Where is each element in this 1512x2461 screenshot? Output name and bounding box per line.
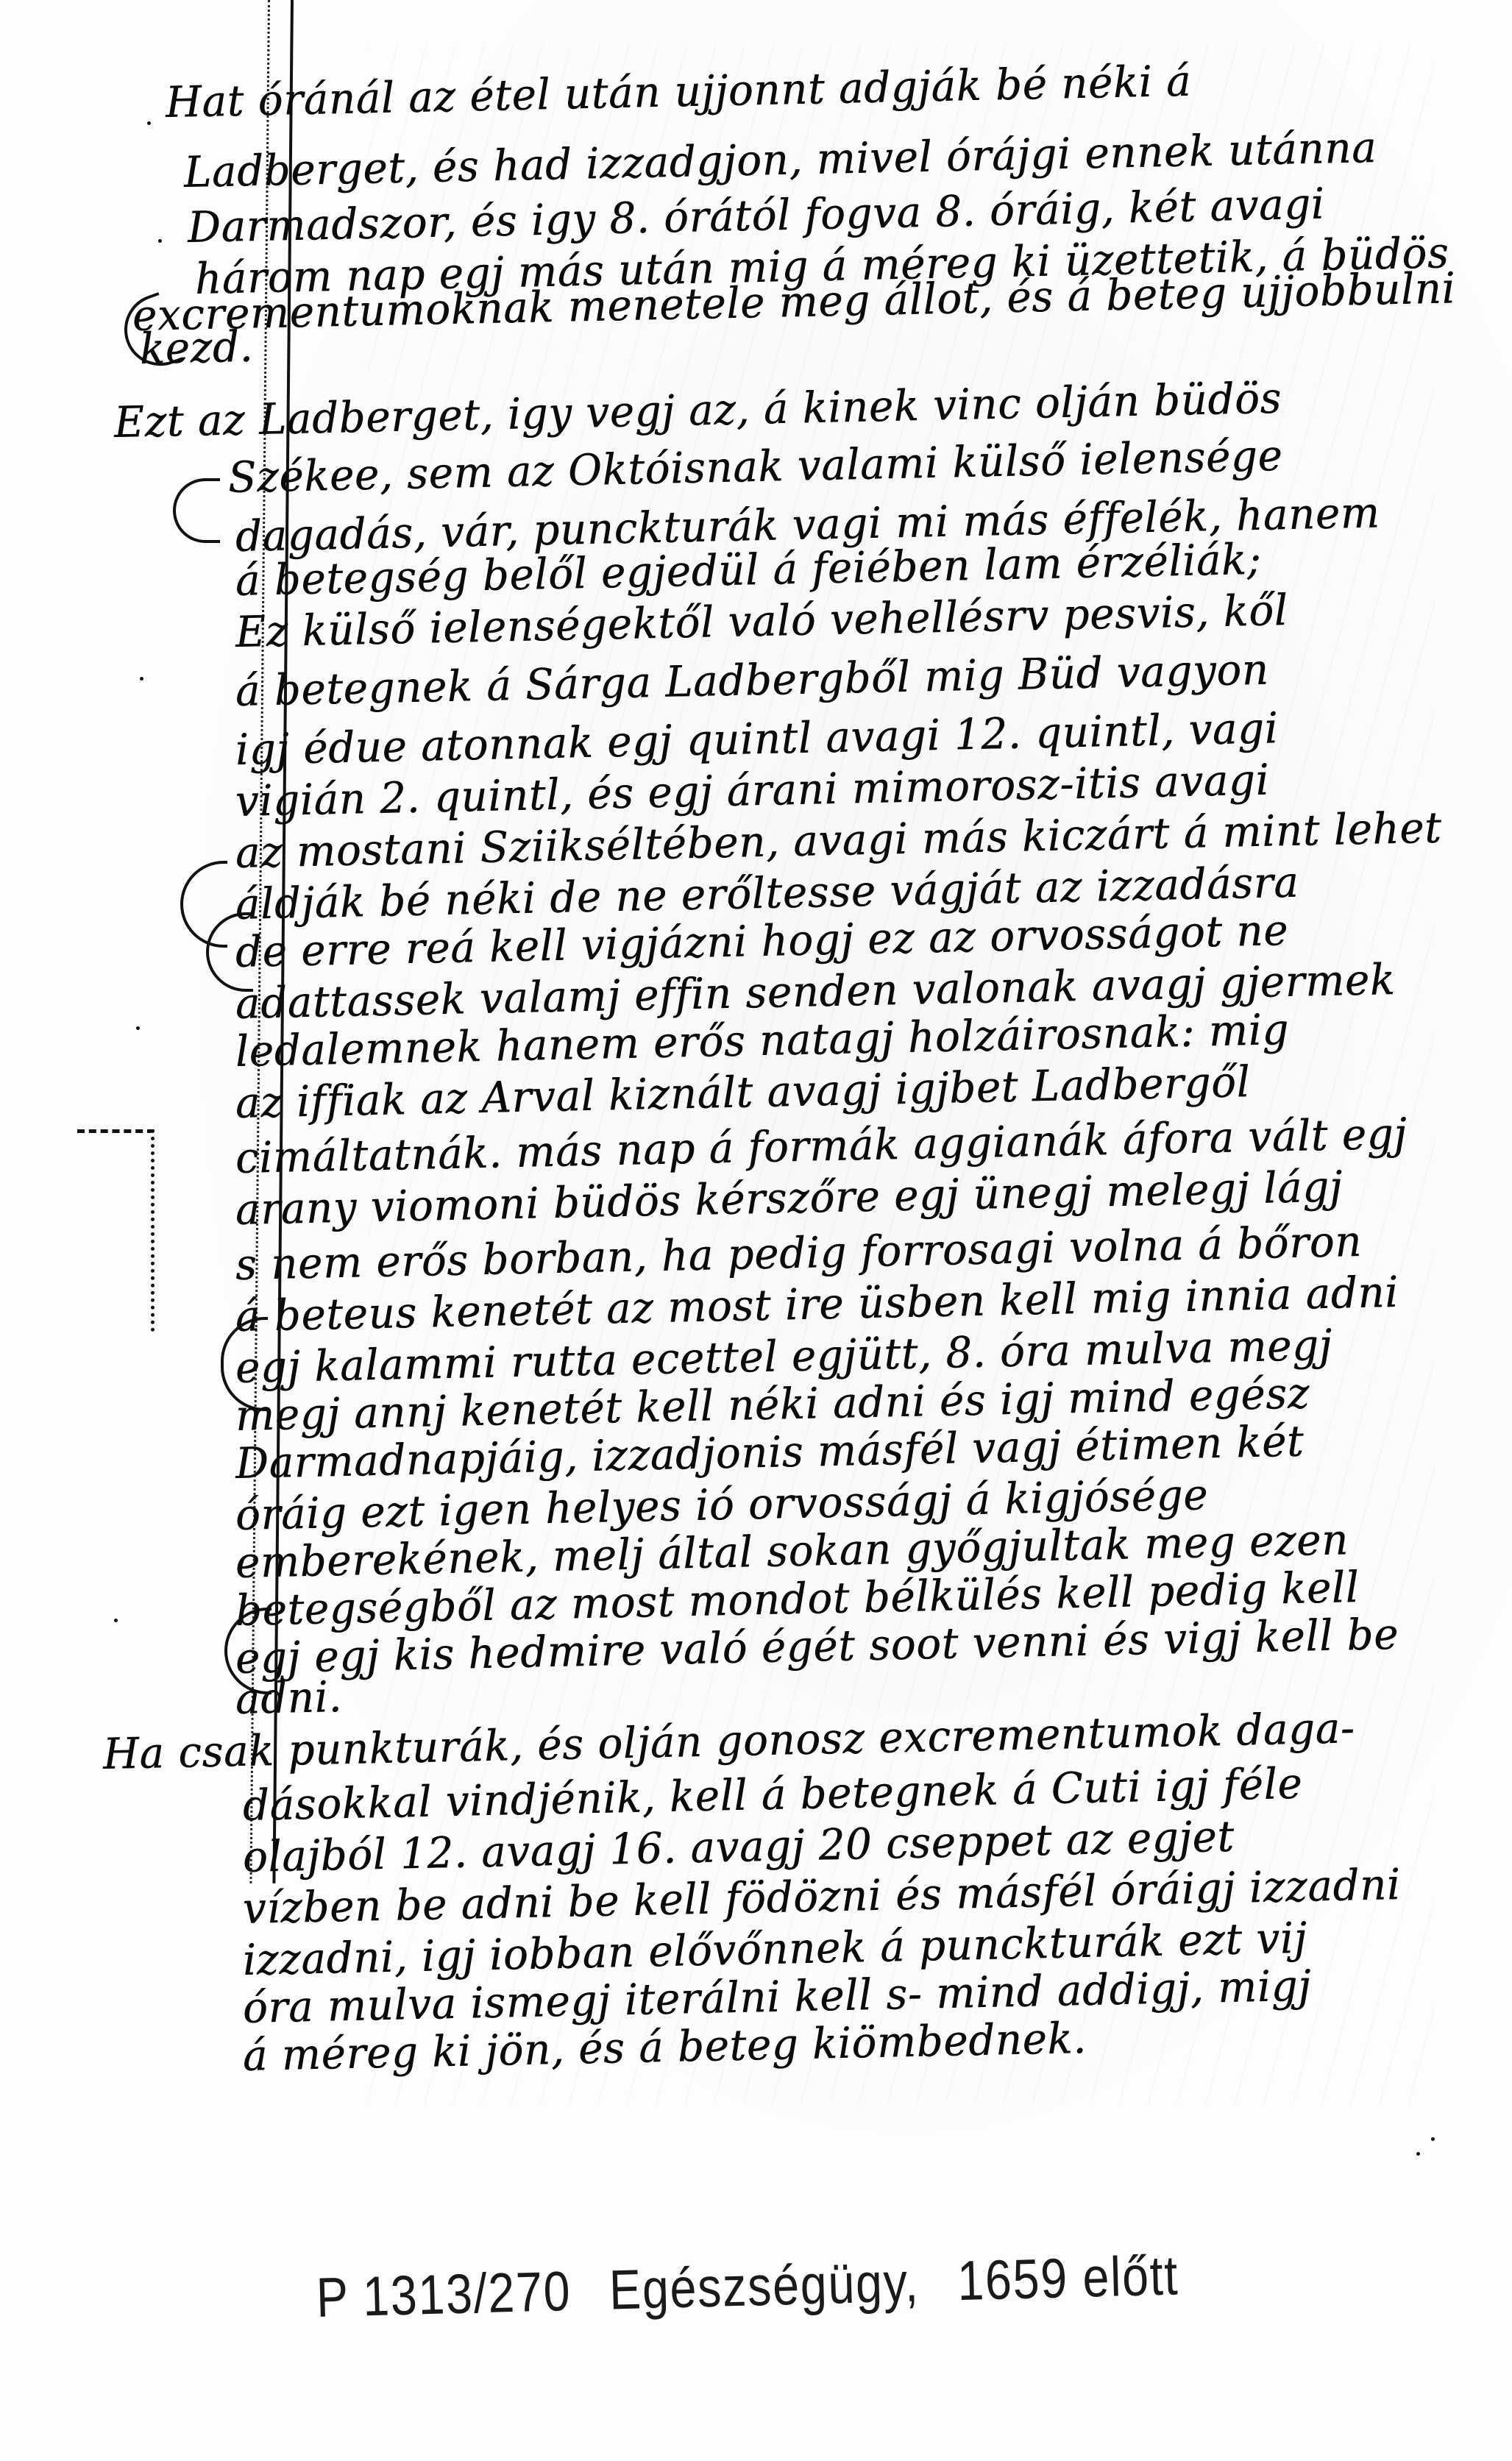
margin-bracket-mark <box>77 1129 155 1332</box>
shelfmark-code: P 1313/270 <box>316 2260 572 2329</box>
shelfmark-date: 1659 előtt <box>956 2244 1179 2312</box>
text-line: Hat óránál az étel után ujjonnt adgják b… <box>165 60 1191 124</box>
manuscript-page: Hat óránál az étel után ujjonnt adgják b… <box>0 0 1512 2461</box>
text-line: adni. <box>235 1675 342 1720</box>
ink-speck <box>136 1026 140 1030</box>
archival-shelfmark: P 1313/270 Egészségügy, 1659 előtt <box>316 2242 1204 2330</box>
text-line: kezd. <box>139 325 253 370</box>
text-line: á betegnek á Sárga Ladbergből mig Büd va… <box>235 648 1269 712</box>
text-line: Székee, sem az Októisnak valami külső ie… <box>227 434 1283 499</box>
paragraph-swash-icon <box>173 478 220 543</box>
ink-speck <box>1416 2152 1420 2156</box>
ink-speck <box>1431 2137 1435 2141</box>
ink-speck <box>147 121 151 125</box>
ink-speck <box>158 239 162 243</box>
shelfmark-subject: Egészségügy, <box>608 2251 920 2322</box>
ink-speck <box>140 677 143 681</box>
ink-speck <box>114 1619 118 1622</box>
